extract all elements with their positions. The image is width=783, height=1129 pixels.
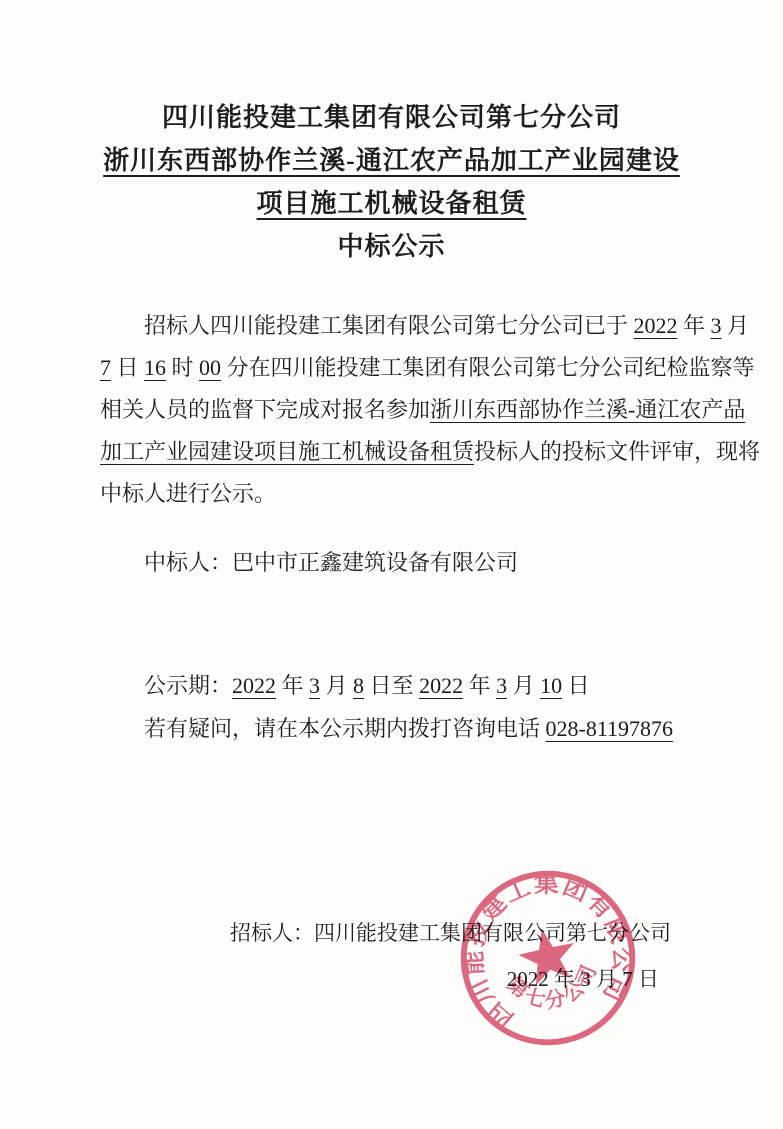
underlined-value: 浙川东西部协作兰溪-通江农产品 [430, 397, 745, 422]
text-segment: 招标人四川能投建工集团有限公司第七分公司已于 [144, 313, 634, 338]
publicity-period-line: 公示期：2022 年 3 月 8 日至 2022 年 3 月 10 日 [100, 664, 683, 707]
text-segment: 中标人进行公示。 [100, 481, 276, 506]
paragraph-line: 中标人进行公示。 [100, 473, 683, 515]
text-segment: 相关人员的监督下完成对报名参加 [100, 397, 430, 422]
underlined-value: 2022 [232, 673, 276, 698]
text-segment: 日 [562, 673, 590, 698]
text-segment: 年 [463, 673, 496, 698]
paragraph-line: 7 日 16 时 00 分在四川能投建工集团有限公司第七分公司纪检监察等 [100, 347, 683, 389]
signature-block: 招标人：四川能投建工集团有限公司第七分公司 2022 年 3 月 7 日 [100, 910, 683, 1002]
notice-block: 公示期：2022 年 3 月 8 日至 2022 年 3 月 10 日 若有疑问… [100, 664, 683, 750]
title-company-line: 四川能投建工集团有限公司第七分公司 [100, 96, 683, 139]
text-segment: 公示期： [144, 673, 232, 698]
contact-phone-line: 若有疑问，请在本公示期内拨打咨询电话 028-81197876 [100, 707, 683, 750]
text-segment: 日 [111, 355, 144, 380]
title-project-text-1: 浙川东西部协作兰溪-通江农产品加工产业园建设 [103, 146, 680, 175]
text-segment: 若有疑问，请在本公示期内拨打咨询电话 [144, 716, 546, 741]
document-content: 四川能投建工集团有限公司第七分公司 浙川东西部协作兰溪-通江农产品加工产业园建设… [100, 96, 683, 1002]
text-segment: 分在四川能投建工集团有限公司第七分公司纪检监察等 [221, 355, 755, 380]
paragraph-line: 相关人员的监督下完成对报名参加浙川东西部协作兰溪-通江农产品 [100, 389, 683, 431]
underlined-value: 00 [199, 355, 221, 380]
title-project-line-1: 浙川东西部协作兰溪-通江农产品加工产业园建设 [100, 139, 683, 182]
underlined-value: 3 [711, 313, 722, 338]
tenderer-line: 招标人：四川能投建工集团有限公司第七分公司 [100, 910, 671, 956]
text-segment: 月 [722, 313, 750, 338]
underlined-value: 028-81197876 [546, 716, 674, 741]
title-project-text-2: 项目施工机械设备租赁 [256, 189, 526, 218]
text-segment: 投标人的投标文件评审，现将 [474, 439, 760, 464]
title-company-text: 四川能投建工集团有限公司第七分公司 [162, 103, 621, 132]
paragraph-line: 招标人四川能投建工集团有限公司第七分公司已于 2022 年 3 月 [100, 305, 683, 347]
title-project-line-2: 项目施工机械设备租赁 [100, 182, 683, 225]
text-segment: 年 [276, 673, 309, 698]
underlined-value: 16 [144, 355, 166, 380]
underlined-value: 8 [353, 673, 364, 698]
underlined-value: 2022 [419, 673, 463, 698]
underlined-value: 3 [309, 673, 320, 698]
text-segment: 月 [320, 673, 353, 698]
text-segment: 中标人：巴中市正鑫建筑设备有限公司 [144, 550, 518, 575]
document-page: 四川能投建工集团有限公司第七分公司 浙川东西部协作兰溪-通江农产品加工产业园建设… [0, 0, 783, 1129]
announcement-paragraph: 招标人四川能投建工集团有限公司第七分公司已于 2022 年 3 月 7 日 16… [100, 305, 683, 515]
text-segment: 时 [166, 355, 199, 380]
underlined-value: 3 [496, 673, 507, 698]
underlined-value: 10 [540, 673, 562, 698]
underlined-value: 2022 [634, 313, 678, 338]
title-announcement-text: 中标公示 [337, 232, 445, 261]
winner-line: 中标人：巴中市正鑫建筑设备有限公司 [100, 542, 683, 584]
text-segment: 月 [507, 673, 540, 698]
text-segment: 日至 [364, 673, 419, 698]
underlined-value: 加工产业园建设项目施工机械设备租赁 [100, 439, 474, 464]
paragraph-line: 加工产业园建设项目施工机械设备租赁投标人的投标文件评审，现将 [100, 431, 683, 473]
underlined-value: 7 [100, 355, 111, 380]
title-announcement: 中标公示 [100, 225, 683, 268]
date-line: 2022 年 3 月 7 日 [100, 956, 671, 1002]
text-segment: 年 [678, 313, 711, 338]
